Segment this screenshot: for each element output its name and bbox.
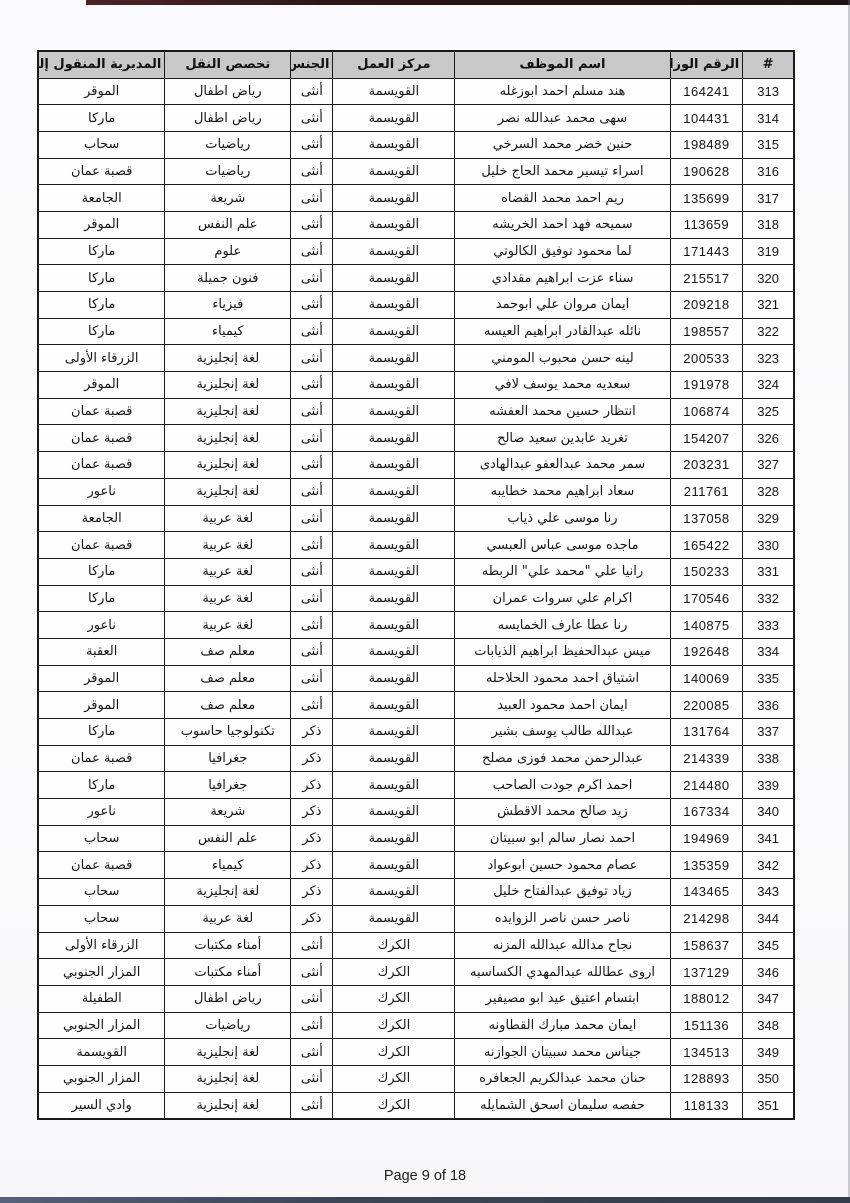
cell-directorate: ماركا <box>38 238 165 265</box>
cell-specialty: علم النفس <box>165 211 291 238</box>
cell-employee-name: احمد نصار سالم ابو سبيتان <box>455 825 670 852</box>
cell-work-center: الكرك <box>333 1065 455 1092</box>
cell-directorate: الطفيلة <box>38 985 165 1012</box>
cell-specialty: علوم <box>165 238 291 265</box>
cell-ministry-number: 215517 <box>670 265 742 292</box>
table-row: 332170546اكرام علي سروات عمرانالقويسمةأن… <box>38 585 794 612</box>
cell-work-center: القويسمة <box>333 131 455 158</box>
cell-specialty: رياضيات <box>165 131 291 158</box>
cell-ministry-number: 190628 <box>670 158 742 185</box>
cell-work-center: القويسمة <box>333 692 455 719</box>
cell-employee-name: لينه حسن محبوب المومني <box>455 345 670 372</box>
table-row: 313164241هند مسلم احمد ابوزغلهالقويسمةأن… <box>38 78 794 105</box>
table-row: 334192648ميس عبدالحفيظ ابراهيم الذياباتا… <box>38 638 794 665</box>
cell-employee-name: احمد اكرم جودت الصاحب <box>455 772 670 799</box>
cell-ministry-number: 135359 <box>670 852 742 879</box>
cell-ministry-number: 150233 <box>670 558 742 585</box>
table-row: 341194969احمد نصار سالم ابو سبيتانالقويس… <box>38 825 794 852</box>
table-row: 340167334زيد صالح محمد الاقطشالقويسمةذكر… <box>38 799 794 826</box>
cell-gender: ذكر <box>291 879 333 906</box>
cell-serial: 349 <box>743 1039 794 1066</box>
cell-directorate: ماركا <box>38 292 165 319</box>
cell-work-center: القويسمة <box>333 532 455 559</box>
cell-serial: 316 <box>743 158 794 185</box>
cell-directorate: ماركا <box>38 105 165 132</box>
cell-gender: أنثى <box>291 238 333 265</box>
cell-serial: 345 <box>743 932 794 959</box>
cell-directorate: المزار الجنوبي <box>38 1012 165 1039</box>
cell-specialty: لغة إنجليزية <box>165 372 291 399</box>
cell-directorate: قصبة عمان <box>38 398 165 425</box>
cell-serial: 314 <box>743 105 794 132</box>
cell-ministry-number: 137058 <box>670 505 742 532</box>
table-row: 333140875رنا عطا عارف الخمايسهالقويسمةأن… <box>38 612 794 639</box>
cell-gender: أنثى <box>291 398 333 425</box>
cell-directorate: القويسمة <box>38 1039 165 1066</box>
cell-specialty: رياضيات <box>165 1012 291 1039</box>
cell-serial: 346 <box>743 959 794 986</box>
table-row: 344214298ناصر حسن ناصر الزوايدهالقويسمةذ… <box>38 905 794 932</box>
cell-ministry-number: 135699 <box>670 185 742 212</box>
cell-gender: أنثى <box>291 425 333 452</box>
cell-specialty: رياضيات <box>165 158 291 185</box>
cell-serial: 336 <box>743 692 794 719</box>
cell-work-center: القويسمة <box>333 505 455 532</box>
cell-work-center: القويسمة <box>333 825 455 852</box>
cell-specialty: لغة عربية <box>165 532 291 559</box>
cell-gender: ذكر <box>291 799 333 826</box>
cell-employee-name: نجاح مدالله عبدالله المزنه <box>455 932 670 959</box>
cell-specialty: أمناء مكتبات <box>165 932 291 959</box>
cell-work-center: القويسمة <box>333 745 455 772</box>
cell-directorate: الموقر <box>38 211 165 238</box>
cell-directorate: ماركا <box>38 265 165 292</box>
cell-employee-name: اسراء تيسير محمد الحاج خليل <box>455 158 670 185</box>
cell-ministry-number: 209218 <box>670 292 742 319</box>
cell-gender: أنثى <box>291 131 333 158</box>
cell-gender: ذكر <box>291 852 333 879</box>
table-row: 321209218ايمان مروان علي ابوحمدالقويسمةأ… <box>38 292 794 319</box>
cell-specialty: لغة عربية <box>165 612 291 639</box>
cell-employee-name: انتظار حسين محمد العفشه <box>455 398 670 425</box>
cell-directorate: قصبة عمان <box>38 852 165 879</box>
table-row: 327203231سمر محمد عبدالعفو عبدالهادىالقو… <box>38 452 794 479</box>
cell-work-center: القويسمة <box>333 879 455 906</box>
cell-serial: 321 <box>743 292 794 319</box>
cell-employee-name: عصام محمود حسين ابوعواد <box>455 852 670 879</box>
table-row: 317135699ريم احمد محمد القضاهالقويسمةأنث… <box>38 185 794 212</box>
cell-specialty: كيمياء <box>165 318 291 345</box>
cell-employee-name: عبدالله طالب يوسف بشير <box>455 719 670 746</box>
cell-specialty: لغة إنجليزية <box>165 1065 291 1092</box>
table-row: 316190628اسراء تيسير محمد الحاج خليلالقو… <box>38 158 794 185</box>
cell-gender: ذكر <box>291 905 333 932</box>
cell-directorate: ناعور <box>38 478 165 505</box>
cell-employee-name: ايمان احمد محمود العبيد <box>455 692 670 719</box>
cell-serial: 343 <box>743 879 794 906</box>
cell-employee-name: سعاد ابراهيم محمد خطايبه <box>455 478 670 505</box>
cell-directorate: الموقر <box>38 78 165 105</box>
cell-gender: أنثى <box>291 959 333 986</box>
cell-gender: أنثى <box>291 612 333 639</box>
col-header-ministry-number: الرقم الوزاري <box>670 51 742 78</box>
cell-specialty: لغة عربية <box>165 505 291 532</box>
cell-employee-name: تغريد عابدين سعيد صالح <box>455 425 670 452</box>
cell-serial: 335 <box>743 665 794 692</box>
cell-work-center: القويسمة <box>333 372 455 399</box>
cell-directorate: المزار الجنوبي <box>38 1065 165 1092</box>
cell-gender: أنثى <box>291 505 333 532</box>
cell-serial: 313 <box>743 78 794 105</box>
cell-employee-name: اكرام علي سروات عمران <box>455 585 670 612</box>
cell-serial: 327 <box>743 452 794 479</box>
table-row: 331150233رانيا علي "محمد علي" الربطهالقو… <box>38 558 794 585</box>
cell-ministry-number: 192648 <box>670 638 742 665</box>
page-number: Page 9 of 18 <box>0 1168 850 1184</box>
cell-serial: 348 <box>743 1012 794 1039</box>
cell-ministry-number: 200533 <box>670 345 742 372</box>
cell-employee-name: ايمان محمد مبارك القطاونه <box>455 1012 670 1039</box>
cell-work-center: القويسمة <box>333 665 455 692</box>
table-row: 329137058رنا موسى علي ذيابالقويسمةأنثىلغ… <box>38 505 794 532</box>
cell-gender: أنثى <box>291 372 333 399</box>
cell-serial: 332 <box>743 585 794 612</box>
table-row: 318113659سميحه فهد احمد الخريشهالقويسمةأ… <box>38 211 794 238</box>
cell-work-center: القويسمة <box>333 105 455 132</box>
cell-employee-name: حفصه سليمان اسحق الشمايله <box>455 1092 670 1119</box>
cell-ministry-number: 104431 <box>670 105 742 132</box>
table-row: 328211761سعاد ابراهيم محمد خطايبهالقويسم… <box>38 478 794 505</box>
cell-directorate: ماركا <box>38 585 165 612</box>
cell-specialty: أمناء مكتبات <box>165 959 291 986</box>
cell-specialty: رياض اطفال <box>165 105 291 132</box>
cell-work-center: الكرك <box>333 1039 455 1066</box>
cell-ministry-number: 214339 <box>670 745 742 772</box>
cell-ministry-number: 158637 <box>670 932 742 959</box>
cell-ministry-number: 154207 <box>670 425 742 452</box>
cell-employee-name: سميحه فهد احمد الخريشه <box>455 211 670 238</box>
cell-specialty: شريعة <box>165 799 291 826</box>
cell-serial: 325 <box>743 398 794 425</box>
cell-specialty: جغرافيا <box>165 772 291 799</box>
cell-work-center: الكرك <box>333 1092 455 1119</box>
cell-employee-name: سناء عزت ابراهيم مقدادي <box>455 265 670 292</box>
cell-ministry-number: 203231 <box>670 452 742 479</box>
cell-employee-name: نائله عبدالقادر ابراهيم العيسه <box>455 318 670 345</box>
cell-ministry-number: 198557 <box>670 318 742 345</box>
table-row: 337131764عبدالله طالب يوسف بشيرالقويسمةذ… <box>38 719 794 746</box>
cell-gender: أنثى <box>291 558 333 585</box>
cell-ministry-number: 214298 <box>670 905 742 932</box>
cell-specialty: كيمياء <box>165 852 291 879</box>
cell-specialty: رياض اطفال <box>165 78 291 105</box>
cell-work-center: القويسمة <box>333 292 455 319</box>
cell-directorate: ماركا <box>38 719 165 746</box>
col-header-gender: الجنس <box>291 51 333 78</box>
cell-directorate: ماركا <box>38 772 165 799</box>
table-row: 330165422ماجده موسى عباس العبسيالقويسمةأ… <box>38 532 794 559</box>
cell-gender: أنثى <box>291 638 333 665</box>
cell-directorate: الموقر <box>38 372 165 399</box>
cell-work-center: الكرك <box>333 985 455 1012</box>
cell-employee-name: اشتياق احمد محمود الحلاحله <box>455 665 670 692</box>
table-row: 314104431سهى محمد عبدالله نصرالقويسمةأنث… <box>38 105 794 132</box>
cell-work-center: القويسمة <box>333 719 455 746</box>
cell-serial: 339 <box>743 772 794 799</box>
cell-gender: أنثى <box>291 452 333 479</box>
cell-directorate: الموقر <box>38 692 165 719</box>
cell-ministry-number: 128893 <box>670 1065 742 1092</box>
cell-work-center: القويسمة <box>333 238 455 265</box>
table-row: 336220085ايمان احمد محمود العبيدالقويسمة… <box>38 692 794 719</box>
cell-directorate: المزار الجنوبي <box>38 959 165 986</box>
table-row: 335140069اشتياق احمد محمود الحلاحلهالقوي… <box>38 665 794 692</box>
cell-serial: 341 <box>743 825 794 852</box>
cell-directorate: الجامعة <box>38 185 165 212</box>
table-row: 339214480احمد اكرم جودت الصاحبالقويسمةذك… <box>38 772 794 799</box>
table-row: 350128893حنان محمد عبدالكريم الجعافرهالك… <box>38 1065 794 1092</box>
table-row: 315198489حنين خضر محمد السرخيالقويسمةأنث… <box>38 131 794 158</box>
cell-work-center: القويسمة <box>333 478 455 505</box>
cell-employee-name: زيد صالح محمد الاقطش <box>455 799 670 826</box>
cell-employee-name: رانيا علي "محمد علي" الربطه <box>455 558 670 585</box>
table-row: 347188012ابتسام اعتيق عيد ابو مصيفيرالكر… <box>38 985 794 1012</box>
cell-employee-name: ميس عبدالحفيظ ابراهيم الذيابات <box>455 638 670 665</box>
cell-serial: 334 <box>743 638 794 665</box>
table-row: 338214339عبدالرحمن محمد فوزى مصلحالقويسم… <box>38 745 794 772</box>
cell-ministry-number: 164241 <box>670 78 742 105</box>
cell-work-center: القويسمة <box>333 345 455 372</box>
cell-work-center: القويسمة <box>333 211 455 238</box>
cell-ministry-number: 211761 <box>670 478 742 505</box>
cell-ministry-number: 171443 <box>670 238 742 265</box>
cell-directorate: الزرقاء الأولى <box>38 932 165 959</box>
cell-gender: أنثى <box>291 105 333 132</box>
col-header-directorate: المديرية المنقول إليها <box>38 51 165 78</box>
table-row: 342135359عصام محمود حسين ابوعوادالقويسمة… <box>38 852 794 879</box>
cell-employee-name: جيناس محمد سبيتان الجوازنه <box>455 1039 670 1066</box>
cell-specialty: فيزياء <box>165 292 291 319</box>
cell-specialty: معلم صف <box>165 665 291 692</box>
cell-work-center: القويسمة <box>333 638 455 665</box>
col-header-specialty: تخصص النقل <box>165 51 291 78</box>
cell-directorate: سحاب <box>38 825 165 852</box>
cell-gender: أنثى <box>291 1039 333 1066</box>
cell-gender: أنثى <box>291 1065 333 1092</box>
cell-serial: 350 <box>743 1065 794 1092</box>
table-row: 325106874انتظار حسين محمد العفشهالقويسمة… <box>38 398 794 425</box>
scan-artifact-top-strip <box>86 0 850 5</box>
cell-serial: 344 <box>743 905 794 932</box>
cell-work-center: القويسمة <box>333 799 455 826</box>
cell-ministry-number: 118133 <box>670 1092 742 1119</box>
cell-employee-name: حنان محمد عبدالكريم الجعافره <box>455 1065 670 1092</box>
scanned-page: #الرقم الوزارياسم الموظفمركز العملالجنست… <box>0 0 850 1203</box>
cell-work-center: القويسمة <box>333 585 455 612</box>
cell-gender: ذكر <box>291 825 333 852</box>
cell-gender: أنثى <box>291 158 333 185</box>
cell-directorate: سحاب <box>38 905 165 932</box>
cell-directorate: ناعور <box>38 799 165 826</box>
cell-work-center: القويسمة <box>333 558 455 585</box>
cell-employee-name: عبدالرحمن محمد فوزى مصلح <box>455 745 670 772</box>
table-row: 326154207تغريد عابدين سعيد صالحالقويسمةأ… <box>38 425 794 452</box>
cell-employee-name: سهى محمد عبدالله نصر <box>455 105 670 132</box>
cell-specialty: تكنولوجيا حاسوب <box>165 719 291 746</box>
cell-serial: 351 <box>743 1092 794 1119</box>
cell-specialty: معلم صف <box>165 692 291 719</box>
cell-serial: 330 <box>743 532 794 559</box>
cell-employee-name: ناصر حسن ناصر الزوايده <box>455 905 670 932</box>
cell-serial: 328 <box>743 478 794 505</box>
cell-ministry-number: 198489 <box>670 131 742 158</box>
cell-employee-name: سعديه محمد يوسف لافي <box>455 372 670 399</box>
cell-directorate: وادي السير <box>38 1092 165 1119</box>
cell-ministry-number: 151136 <box>670 1012 742 1039</box>
transfer-roster-table: #الرقم الوزارياسم الموظفمركز العملالجنست… <box>37 50 795 1120</box>
cell-specialty: فنون جميلة <box>165 265 291 292</box>
table-header-row: #الرقم الوزارياسم الموظفمركز العملالجنست… <box>38 51 794 78</box>
cell-gender: أنثى <box>291 318 333 345</box>
cell-work-center: القويسمة <box>333 852 455 879</box>
cell-gender: أنثى <box>291 585 333 612</box>
cell-employee-name: ماجده موسى عباس العبسي <box>455 532 670 559</box>
cell-directorate: سحاب <box>38 879 165 906</box>
cell-specialty: لغة إنجليزية <box>165 1092 291 1119</box>
cell-specialty: جغرافيا <box>165 745 291 772</box>
cell-employee-name: رنا موسى علي ذياب <box>455 505 670 532</box>
cell-work-center: الكرك <box>333 959 455 986</box>
cell-ministry-number: 214480 <box>670 772 742 799</box>
cell-specialty: لغة إنجليزية <box>165 425 291 452</box>
cell-specialty: لغة إنجليزية <box>165 398 291 425</box>
cell-specialty: لغة إنجليزية <box>165 345 291 372</box>
cell-gender: أنثى <box>291 265 333 292</box>
table-row: 343143465زياد توفيق عبدالفتاح خليلالقويس… <box>38 879 794 906</box>
table-row: 320215517سناء عزت ابراهيم مقداديالقويسمة… <box>38 265 794 292</box>
cell-directorate: الجامعة <box>38 505 165 532</box>
cell-gender: أنثى <box>291 185 333 212</box>
cell-directorate: ماركا <box>38 558 165 585</box>
cell-directorate: ماركا <box>38 318 165 345</box>
cell-specialty: رياض اطفال <box>165 985 291 1012</box>
cell-serial: 317 <box>743 185 794 212</box>
table-row: 351118133حفصه سليمان اسحق الشمايلهالكركأ… <box>38 1092 794 1119</box>
cell-specialty: لغة إنجليزية <box>165 478 291 505</box>
cell-serial: 315 <box>743 131 794 158</box>
cell-ministry-number: 113659 <box>670 211 742 238</box>
cell-specialty: شريعة <box>165 185 291 212</box>
cell-employee-name: اروى عطالله عبدالمهدي الكساسبه <box>455 959 670 986</box>
cell-ministry-number: 137129 <box>670 959 742 986</box>
table-body: 313164241هند مسلم احمد ابوزغلهالقويسمةأن… <box>38 78 794 1119</box>
cell-specialty: علم النفس <box>165 825 291 852</box>
cell-work-center: الكرك <box>333 932 455 959</box>
cell-serial: 338 <box>743 745 794 772</box>
table-row: 345158637نجاح مدالله عبدالله المزنهالكرك… <box>38 932 794 959</box>
cell-work-center: القويسمة <box>333 612 455 639</box>
cell-serial: 326 <box>743 425 794 452</box>
table-row: 323200533لينه حسن محبوب المومنيالقويسمةأ… <box>38 345 794 372</box>
cell-ministry-number: 194969 <box>670 825 742 852</box>
cell-specialty: لغة إنجليزية <box>165 452 291 479</box>
cell-serial: 340 <box>743 799 794 826</box>
cell-ministry-number: 140875 <box>670 612 742 639</box>
cell-directorate: العقبة <box>38 638 165 665</box>
cell-specialty: لغة إنجليزية <box>165 879 291 906</box>
cell-serial: 347 <box>743 985 794 1012</box>
table-row: 348151136ايمان محمد مبارك القطاونهالكركأ… <box>38 1012 794 1039</box>
cell-gender: أنثى <box>291 692 333 719</box>
cell-employee-name: ابتسام اعتيق عيد ابو مصيفير <box>455 985 670 1012</box>
cell-work-center: القويسمة <box>333 185 455 212</box>
cell-directorate: قصبة عمان <box>38 452 165 479</box>
cell-serial: 337 <box>743 719 794 746</box>
cell-work-center: القويسمة <box>333 318 455 345</box>
col-header-work-center: مركز العمل <box>333 51 455 78</box>
table-row: 349134513جيناس محمد سبيتان الجوازنهالكرك… <box>38 1039 794 1066</box>
cell-serial: 324 <box>743 372 794 399</box>
cell-employee-name: لما محمود توفيق الكالوتي <box>455 238 670 265</box>
cell-ministry-number: 165422 <box>670 532 742 559</box>
cell-ministry-number: 143465 <box>670 879 742 906</box>
cell-specialty: لغة إنجليزية <box>165 1039 291 1066</box>
cell-serial: 323 <box>743 345 794 372</box>
cell-directorate: سحاب <box>38 131 165 158</box>
cell-gender: أنثى <box>291 292 333 319</box>
cell-employee-name: هند مسلم احمد ابوزغله <box>455 78 670 105</box>
cell-gender: أنثى <box>291 532 333 559</box>
col-header-serial: # <box>743 51 794 78</box>
cell-specialty: لغة عربية <box>165 558 291 585</box>
cell-employee-name: سمر محمد عبدالعفو عبدالهادى <box>455 452 670 479</box>
cell-directorate: الزرقاء الأولى <box>38 345 165 372</box>
cell-serial: 333 <box>743 612 794 639</box>
cell-specialty: معلم صف <box>165 638 291 665</box>
cell-gender: أنثى <box>291 932 333 959</box>
cell-directorate: ناعور <box>38 612 165 639</box>
scan-artifact-bottom-strip <box>0 1197 850 1203</box>
cell-employee-name: ريم احمد محمد القضاه <box>455 185 670 212</box>
cell-ministry-number: 191978 <box>670 372 742 399</box>
cell-gender: ذكر <box>291 719 333 746</box>
table-row: 346137129اروى عطالله عبدالمهدي الكساسبها… <box>38 959 794 986</box>
cell-employee-name: رنا عطا عارف الخمايسه <box>455 612 670 639</box>
cell-directorate: قصبة عمان <box>38 425 165 452</box>
cell-work-center: القويسمة <box>333 452 455 479</box>
cell-gender: أنثى <box>291 1012 333 1039</box>
cell-gender: أنثى <box>291 665 333 692</box>
cell-directorate: الموقر <box>38 665 165 692</box>
cell-work-center: القويسمة <box>333 772 455 799</box>
cell-work-center: القويسمة <box>333 425 455 452</box>
cell-gender: ذكر <box>291 772 333 799</box>
cell-gender: أنثى <box>291 345 333 372</box>
cell-work-center: القويسمة <box>333 905 455 932</box>
cell-serial: 322 <box>743 318 794 345</box>
cell-ministry-number: 167334 <box>670 799 742 826</box>
cell-employee-name: ايمان مروان علي ابوحمد <box>455 292 670 319</box>
cell-employee-name: زياد توفيق عبدالفتاح خليل <box>455 879 670 906</box>
cell-specialty: لغة عربية <box>165 585 291 612</box>
cell-work-center: القويسمة <box>333 265 455 292</box>
cell-serial: 320 <box>743 265 794 292</box>
cell-specialty: لغة عربية <box>165 905 291 932</box>
cell-gender: أنثى <box>291 211 333 238</box>
cell-serial: 319 <box>743 238 794 265</box>
cell-work-center: القويسمة <box>333 158 455 185</box>
cell-work-center: القويسمة <box>333 398 455 425</box>
